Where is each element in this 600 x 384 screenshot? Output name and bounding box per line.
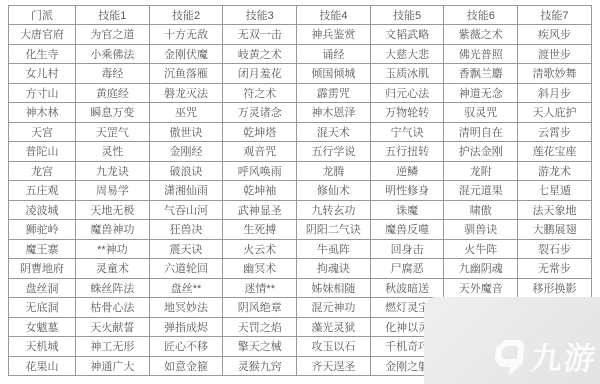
skill-cell: 呼风唤雨 bbox=[223, 161, 297, 181]
skill-cell: 乾坤塔 bbox=[223, 122, 297, 142]
skill-cell: 裂石步 bbox=[518, 239, 592, 259]
skill-cell: 万灵诸念 bbox=[223, 103, 297, 123]
skill-cell: 周易学 bbox=[76, 181, 150, 201]
column-header-skill-7: 技能7 bbox=[518, 6, 592, 25]
skill-cell: 阴风绝章 bbox=[223, 298, 297, 318]
skill-cell: 九转玄功 bbox=[297, 200, 371, 220]
sect-name-cell: 女魃墓 bbox=[9, 317, 76, 337]
skill-cell: 七星遁 bbox=[518, 181, 592, 201]
column-header-skill-6: 技能6 bbox=[444, 6, 518, 25]
skill-cell: 修仙术 bbox=[297, 181, 371, 201]
sect-name-cell: 无底洞 bbox=[9, 298, 76, 318]
table-row: 化生寺小乘佛法金刚伏魔岐黄之术诵经大慈大悲佛光普照渡世步 bbox=[9, 44, 592, 64]
page: 门派技能1技能2技能3技能4技能5技能6技能7 大唐官府为官之道十方无敌无双一击… bbox=[0, 0, 600, 384]
table-row: 大唐官府为官之道十方无敌无双一击神兵鉴赏文韬武略紫薇之术疾风步 bbox=[9, 25, 592, 45]
skill-cell: 幽冥术 bbox=[223, 259, 297, 279]
column-header-sect: 门派 bbox=[9, 6, 76, 25]
skill-cell: 云霄步 bbox=[518, 122, 592, 142]
table-row: 龙宫九龙诀破浪诀呼风唤雨龙腾逆鳞龙附游龙术 bbox=[9, 161, 592, 181]
skill-cell: 五行学说 bbox=[297, 142, 371, 162]
skill-cell: 霹雳咒 bbox=[297, 83, 371, 103]
skill-cell: 佛光普照 bbox=[444, 44, 518, 64]
sect-name-cell: 魔王寨 bbox=[9, 239, 76, 259]
skill-cell: 拘魂诀 bbox=[297, 259, 371, 279]
skill-cell: 岐黄之术 bbox=[223, 44, 297, 64]
skill-cell: 九龙诀 bbox=[76, 161, 150, 181]
skill-cell: 震天诀 bbox=[149, 239, 223, 259]
skill-cell: 六道轮回 bbox=[149, 259, 223, 279]
skill-cell: 文韬武略 bbox=[370, 25, 444, 45]
skill-cell: 宁气诀 bbox=[370, 122, 444, 142]
skill-cell: 倾国倾城 bbox=[297, 64, 371, 84]
skill-cell: 武神显圣 bbox=[223, 200, 297, 220]
skill-cell: 盘丝** bbox=[149, 278, 223, 298]
skill-cell: 破浪诀 bbox=[149, 161, 223, 181]
table-row: 阴曹地府灵童术六道轮回幽冥术拘魂诀尸腐恶九幽阴魂无常步 bbox=[9, 259, 592, 279]
skill-cell: 迷情** bbox=[223, 278, 297, 298]
skill-cell: 魔兽神功 bbox=[76, 220, 150, 240]
skill-cell: **神功 bbox=[76, 239, 150, 259]
watermark-logo-text: 九游 bbox=[529, 343, 598, 374]
skill-cell: 混元道果 bbox=[444, 181, 518, 201]
skill-cell: 无常步 bbox=[518, 259, 592, 279]
skill-cell: 牛虱阵 bbox=[297, 239, 371, 259]
skill-cell: 金刚经 bbox=[149, 142, 223, 162]
skill-cell: 香飘兰麝 bbox=[444, 64, 518, 84]
sect-name-cell: 狮驼岭 bbox=[9, 220, 76, 240]
column-header-skill-4: 技能4 bbox=[297, 6, 371, 25]
skill-cell: 秋波暗送 bbox=[370, 278, 444, 298]
skill-cell: 火牛阵 bbox=[444, 239, 518, 259]
column-header-skill-5: 技能5 bbox=[370, 6, 444, 25]
table-header: 门派技能1技能2技能3技能4技能5技能6技能7 bbox=[9, 6, 592, 25]
sect-name-cell: 神木林 bbox=[9, 103, 76, 123]
skill-cell: 万物轮转 bbox=[370, 103, 444, 123]
skill-cell: 天火献誓 bbox=[76, 317, 150, 337]
skill-cell: 移形换影 bbox=[518, 278, 592, 298]
skill-cell: 回身击 bbox=[370, 239, 444, 259]
skill-cell: 天人庇护 bbox=[518, 103, 592, 123]
skill-cell: 驯兽诀 bbox=[444, 220, 518, 240]
skill-cell: 天罡气 bbox=[76, 122, 150, 142]
skill-cell: 地冥妙法 bbox=[149, 298, 223, 318]
skill-cell: 狂兽决 bbox=[149, 220, 223, 240]
sect-name-cell: 方寸山 bbox=[9, 83, 76, 103]
skill-cell: 齐天逞圣 bbox=[297, 356, 371, 376]
sect-name-cell: 大唐官府 bbox=[9, 25, 76, 45]
table-row: 凌波城天地无极气吞山河武神显圣九转玄功诛魔啸傲法天象地 bbox=[9, 200, 592, 220]
skill-cell: 紫薇之术 bbox=[444, 25, 518, 45]
skill-cell: 姊妹相随 bbox=[297, 278, 371, 298]
skill-cell: 魔兽反噬 bbox=[370, 220, 444, 240]
skill-cell: 归元心法 bbox=[370, 83, 444, 103]
table-row: 魔王寨**神功震天诀火云术牛虱阵回身击火牛阵裂石步 bbox=[9, 239, 592, 259]
skill-cell: 渡世步 bbox=[518, 44, 592, 64]
skill-cell: 神道无念 bbox=[444, 83, 518, 103]
skill-cell: 清明自在 bbox=[444, 122, 518, 142]
skill-cell: 枯骨心法 bbox=[76, 298, 150, 318]
site-logo: 九游 bbox=[489, 338, 599, 378]
skill-cell: 匠心不移 bbox=[149, 337, 223, 357]
skill-cell: 攻玉以石 bbox=[297, 337, 371, 357]
skill-cell: 混元神功 bbox=[297, 298, 371, 318]
skill-cell: 天罚之焰 bbox=[223, 317, 297, 337]
skill-cell: 疾风步 bbox=[518, 25, 592, 45]
jiuyou-9-logo-icon bbox=[489, 338, 529, 378]
skill-cell: 神木恩泽 bbox=[297, 103, 371, 123]
skill-cell: 擎天之械 bbox=[223, 337, 297, 357]
skill-cell: 九幽阴魂 bbox=[444, 259, 518, 279]
skill-cell: 玉质冰肌 bbox=[370, 64, 444, 84]
skill-cell: 灵性 bbox=[76, 142, 150, 162]
sect-name-cell: 阴曹地府 bbox=[9, 259, 76, 279]
watermark-overlay: 九游 bbox=[424, 297, 600, 384]
sect-name-cell: 普陀山 bbox=[9, 142, 76, 162]
skill-cell: 五行扭转 bbox=[370, 142, 444, 162]
skill-cell: 大慈大悲 bbox=[370, 44, 444, 64]
skill-cell: 莲花宝座 bbox=[518, 142, 592, 162]
skill-cell: 蛛丝阵法 bbox=[76, 278, 150, 298]
skill-cell: 乾坤袖 bbox=[223, 181, 297, 201]
skill-cell: 龙附 bbox=[444, 161, 518, 181]
skill-cell: 阴阳二气诀 bbox=[297, 220, 371, 240]
skill-cell: 如意金箍 bbox=[149, 356, 223, 376]
skill-cell: 弹指成烬 bbox=[149, 317, 223, 337]
skill-cell: 无双一击 bbox=[223, 25, 297, 45]
table-row: 女儿村毒经沉鱼落雁闭月羞花倾国倾城玉质冰肌香飘兰麝清歌妙舞 bbox=[9, 64, 592, 84]
skill-cell: 小乘佛法 bbox=[76, 44, 150, 64]
skill-cell: 天外魔音 bbox=[444, 278, 518, 298]
sect-name-cell: 盘丝洞 bbox=[9, 278, 76, 298]
skill-cell: 神兵鉴赏 bbox=[297, 25, 371, 45]
skill-cell: 驭灵咒 bbox=[444, 103, 518, 123]
skill-cell: 十方无敌 bbox=[149, 25, 223, 45]
skill-cell: 灵猴九窍 bbox=[223, 356, 297, 376]
skill-cell: 混天术 bbox=[297, 122, 371, 142]
skill-cell: 闭月羞花 bbox=[223, 64, 297, 84]
skill-cell: 傲世诀 bbox=[149, 122, 223, 142]
skill-cell: 磐龙灭法 bbox=[149, 83, 223, 103]
skill-cell: 尸腐恶 bbox=[370, 259, 444, 279]
table-row: 五庄观周易学潇湘仙雨乾坤袖修仙术明性修身混元道果七星遁 bbox=[9, 181, 592, 201]
sect-name-cell: 天机城 bbox=[9, 337, 76, 357]
skill-cell: 毒经 bbox=[76, 64, 150, 84]
sect-name-cell: 龙宫 bbox=[9, 161, 76, 181]
skill-cell: 明性修身 bbox=[370, 181, 444, 201]
skill-cell: 火云术 bbox=[223, 239, 297, 259]
skill-cell: 法天象地 bbox=[518, 200, 592, 220]
skill-cell: 潇湘仙雨 bbox=[149, 181, 223, 201]
table-row: 天宫天罡气傲世诀乾坤塔混天术宁气诀清明自在云霄步 bbox=[9, 122, 592, 142]
table-row: 狮驼岭魔兽神功狂兽决生死搏阴阳二气诀魔兽反噬驯兽诀大鹏展翅 bbox=[9, 220, 592, 240]
skill-cell: 逆鳞 bbox=[370, 161, 444, 181]
skill-cell: 黄庭经 bbox=[76, 83, 150, 103]
skill-cell: 游龙术 bbox=[518, 161, 592, 181]
column-header-skill-2: 技能2 bbox=[149, 6, 223, 25]
column-header-skill-1: 技能1 bbox=[76, 6, 150, 25]
skill-cell: 护法金刚 bbox=[444, 142, 518, 162]
skill-cell: 符之术 bbox=[223, 83, 297, 103]
skill-cell: 神通广大 bbox=[76, 356, 150, 376]
table-row: 神木林瞬息万变巫咒万灵诸念神木恩泽万物轮转驭灵咒天人庇护 bbox=[9, 103, 592, 123]
sect-name-cell: 天宫 bbox=[9, 122, 76, 142]
header-row: 门派技能1技能2技能3技能4技能5技能6技能7 bbox=[9, 6, 592, 25]
skill-cell: 龙腾 bbox=[297, 161, 371, 181]
skill-cell: 啸傲 bbox=[444, 200, 518, 220]
skill-cell: 藻光灵狱 bbox=[297, 317, 371, 337]
column-header-skill-3: 技能3 bbox=[223, 6, 297, 25]
skill-cell: 气吞山河 bbox=[149, 200, 223, 220]
table-row: 方寸山黄庭经磐龙灭法符之术霹雳咒归元心法神道无念斜月步 bbox=[9, 83, 592, 103]
skill-cell: 诛魔 bbox=[370, 200, 444, 220]
skill-cell: 灵童术 bbox=[76, 259, 150, 279]
skill-cell: 金刚伏魔 bbox=[149, 44, 223, 64]
sect-name-cell: 凌波城 bbox=[9, 200, 76, 220]
sect-name-cell: 花果山 bbox=[9, 356, 76, 376]
skill-cell: 斜月步 bbox=[518, 83, 592, 103]
sect-name-cell: 女儿村 bbox=[9, 64, 76, 84]
skill-cell: 为官之道 bbox=[76, 25, 150, 45]
sect-name-cell: 五庄观 bbox=[9, 181, 76, 201]
skill-cell: 诵经 bbox=[297, 44, 371, 64]
skill-cell: 观音咒 bbox=[223, 142, 297, 162]
sect-name-cell: 化生寺 bbox=[9, 44, 76, 64]
skill-cell: 生死搏 bbox=[223, 220, 297, 240]
table-row: 普陀山灵性金刚经观音咒五行学说五行扭转护法金刚莲花宝座 bbox=[9, 142, 592, 162]
skill-cell: 瞬息万变 bbox=[76, 103, 150, 123]
skill-cell: 大鹏展翅 bbox=[518, 220, 592, 240]
skill-cell: 清歌妙舞 bbox=[518, 64, 592, 84]
skill-cell: 沉鱼落雁 bbox=[149, 64, 223, 84]
table-row: 盘丝洞蛛丝阵法盘丝**迷情**姊妹相随秋波暗送天外魔音移形换影 bbox=[9, 278, 592, 298]
skill-cell: 巫咒 bbox=[149, 103, 223, 123]
skill-cell: 神工无形 bbox=[76, 337, 150, 357]
skill-cell: 天地无极 bbox=[76, 200, 150, 220]
